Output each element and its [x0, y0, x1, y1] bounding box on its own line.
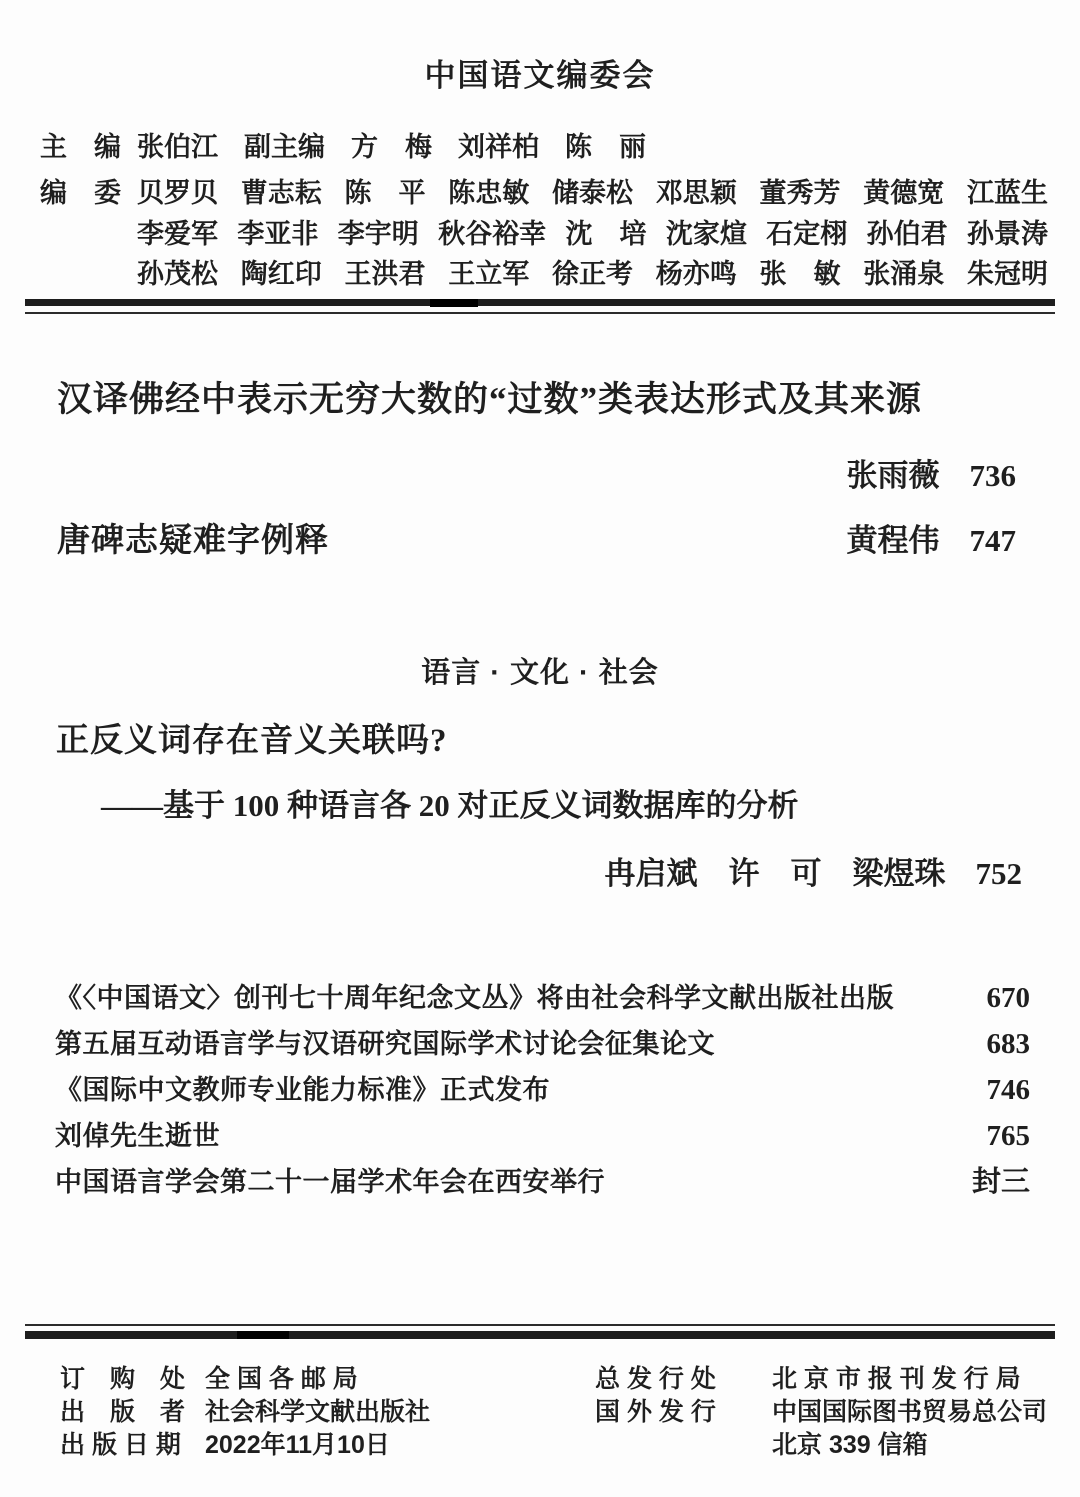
imprint-value: 北 京 市 报 刊 发 行 局 [772, 1367, 1021, 1392]
article-authors: 冉启斌 许 可 梁煜珠 [605, 848, 946, 893]
chief-editor-label: 主 编 [40, 133, 137, 162]
notices-list: 《〈中国语文〉创刊七十周年纪念文丛》将由社会科学文献出版社出版 670 第五届互… [55, 983, 1030, 1213]
notice-page-number: 746 [987, 1075, 1031, 1105]
committee-member: 徐正考 [552, 260, 633, 289]
committee-member: 王洪君 [345, 260, 426, 289]
committee-member: 储泰松 [552, 179, 633, 208]
masthead-title: 中国语文编委会 [0, 50, 1080, 95]
article-title: 汉译佛经中表示无穷大数的“过数”类表达形式及其来源 [57, 372, 1040, 422]
deputy-editor-name: 陈 丽 [565, 133, 646, 162]
article-title: 正反义词存在音义关联吗? [56, 714, 1040, 761]
imprint-label: 出 版 者 [60, 1400, 205, 1425]
chief-editor-row: 主 编 张伯江 副主编 方 梅 刘祥柏 陈 丽 [40, 133, 1048, 162]
notice-page-number: 封三 [972, 1167, 1030, 1197]
double-rule-bottom [25, 1324, 1055, 1339]
notice-page-number: 683 [987, 1029, 1031, 1059]
article-page-number: 752 [976, 856, 1023, 892]
committee-member: 张 敏 [760, 260, 841, 289]
article-author-line: 冉启斌 许 可 梁煜珠 752 [605, 848, 1023, 893]
imprint-value: 北京 339 信箱 [772, 1433, 928, 1458]
committee-member: 陶红印 [241, 260, 322, 289]
article-author: 黄程伟 [847, 515, 940, 560]
committee-member: 李宇明 [338, 220, 419, 249]
article-page-number: 736 [970, 458, 1017, 494]
article-author-line: 张雨薇 736 [847, 450, 1017, 495]
imprint-label: 总 发 行 处 [595, 1367, 772, 1392]
notice-title: 刘倬先生逝世 [55, 1121, 220, 1151]
notice-title: 《〈中国语文〉创刊七十周年纪念文丛》将由社会科学文献出版社出版 [55, 983, 894, 1013]
committee-member: 张涌泉 [863, 260, 944, 289]
deputy-editor-name: 方 梅 [351, 133, 432, 162]
article-author: 张雨薇 [847, 450, 940, 495]
committee-member: 黄德宽 [863, 179, 944, 208]
double-rule-top [25, 299, 1055, 314]
notice-row: 中国语言学会第二十一届学术年会在西安举行 封三 [55, 1167, 1030, 1197]
committee-member: 江蓝生 [967, 179, 1048, 208]
imprint-label: 订 购 处 [60, 1367, 205, 1392]
imprint-value: 2022年11月10日 [205, 1433, 390, 1458]
rule-thick-bar [25, 1331, 1055, 1339]
imprint-row: 国 外 发 行 中国国际图书贸易总公司 [595, 1400, 1047, 1425]
committee-member: 孙景涛 [967, 220, 1048, 249]
notice-title: 中国语言学会第二十一届学术年会在西安举行 [55, 1167, 605, 1197]
committee-row: 李爱军 李亚非 李宇明 秋谷裕幸 沈 培 沈家煊 石定栩 孙伯君 孙景涛 [40, 220, 1048, 249]
imprint-value: 社会科学文献出版社 [205, 1400, 430, 1425]
article-row: 唐碑志疑难字例释 黄程伟 747 [57, 514, 1016, 561]
notice-row: 《国际中文教师专业能力标准》正式发布 746 [55, 1075, 1030, 1105]
committee-row: 孙茂松 陶红印 王洪君 王立军 徐正考 杨亦鸣 张 敏 张涌泉 朱冠明 [40, 260, 1048, 289]
imprint-label: 国 外 发 行 [595, 1400, 772, 1425]
notice-title: 第五届互动语言学与汉语研究国际学术讨论会征集论文 [55, 1029, 715, 1059]
chief-editor-name: 张伯江 [137, 133, 218, 162]
committee-member: 李爱军 [137, 220, 218, 249]
committee-member: 朱冠明 [967, 260, 1048, 289]
committee-member: 杨亦鸣 [656, 260, 737, 289]
rule-thin-bar [25, 1324, 1055, 1326]
committee-member: 邓思颖 [656, 179, 737, 208]
committee-member: 贝罗贝 [137, 179, 218, 208]
section-header: 语言 · 文化 · 社会 [0, 650, 1080, 691]
imprint-label: 出 版 日 期 [60, 1433, 205, 1458]
committee-member: 秋谷裕幸 [438, 220, 546, 249]
imprint-right-column: 总 发 行 处 北 京 市 报 刊 发 行 局 国 外 发 行 中国国际图书贸易… [595, 1367, 1047, 1466]
committee-member: 曹志耘 [241, 179, 322, 208]
imprint-row: 总 发 行 处 北 京 市 报 刊 发 行 局 [595, 1367, 1047, 1392]
rule-thick-bar [25, 299, 1055, 306]
committee-member: 陈 平 [345, 179, 426, 208]
article-title: 唐碑志疑难字例释 [57, 514, 329, 561]
rule-thin-bar [25, 312, 1055, 314]
imprint-row: 北京 339 信箱 [595, 1433, 1047, 1458]
committee-member: 王立军 [448, 260, 529, 289]
committee-member: 石定栩 [766, 220, 847, 249]
imprint-left-column: 订 购 处 全 国 各 邮 局 出 版 者 社会科学文献出版社 出 版 日 期 … [60, 1367, 430, 1466]
committee-member: 孙伯君 [867, 220, 948, 249]
committee-member: 孙茂松 [137, 260, 218, 289]
committee-member: 沈 培 [566, 220, 647, 249]
imprint-row: 出 版 者 社会科学文献出版社 [60, 1400, 430, 1425]
journal-toc-page: 中国语文编委会 主 编 张伯江 副主编 方 梅 刘祥柏 陈 丽 编 委 贝罗贝 … [0, 0, 1080, 1497]
imprint-value: 全 国 各 邮 局 [205, 1367, 358, 1392]
ink-blot [430, 299, 478, 307]
notice-row: 《〈中国语文〉创刊七十周年纪念文丛》将由社会科学文献出版社出版 670 [55, 983, 1030, 1013]
notice-page-number: 765 [987, 1121, 1031, 1151]
article-subtitle: ——基于 100 种语言各 20 对正反义词数据库的分析 [101, 780, 1040, 825]
notice-row: 刘倬先生逝世 765 [55, 1121, 1030, 1151]
deputy-editor-name: 刘祥柏 [458, 133, 539, 162]
editorial-board: 主 编 张伯江 副主编 方 梅 刘祥柏 陈 丽 编 委 贝罗贝 曹志耘 陈 平 … [40, 133, 1048, 289]
committee-member: 李亚非 [237, 220, 318, 249]
article-author-line: 黄程伟 747 [847, 515, 1017, 560]
notice-row: 第五届互动语言学与汉语研究国际学术讨论会征集论文 683 [55, 1029, 1030, 1059]
imprint-value: 中国国际图书贸易总公司 [772, 1400, 1047, 1425]
deputy-editor-label: 副主编 [244, 133, 325, 162]
imprint-row: 出 版 日 期 2022年11月10日 [60, 1433, 430, 1458]
committee-member: 董秀芳 [760, 179, 841, 208]
notice-page-number: 670 [987, 983, 1031, 1013]
notice-title: 《国际中文教师专业能力标准》正式发布 [55, 1075, 550, 1105]
committee-row: 编 委 贝罗贝 曹志耘 陈 平 陈忠敏 储泰松 邓思颖 董秀芳 黄德宽 江蓝生 [40, 179, 1048, 208]
committee-member: 陈忠敏 [448, 179, 529, 208]
committee-member: 沈家煊 [666, 220, 747, 249]
imprint-row: 订 购 处 全 国 各 邮 局 [60, 1367, 430, 1392]
ink-blot [237, 1331, 289, 1339]
article-page-number: 747 [970, 523, 1017, 559]
committee-label: 编 委 [40, 179, 137, 208]
